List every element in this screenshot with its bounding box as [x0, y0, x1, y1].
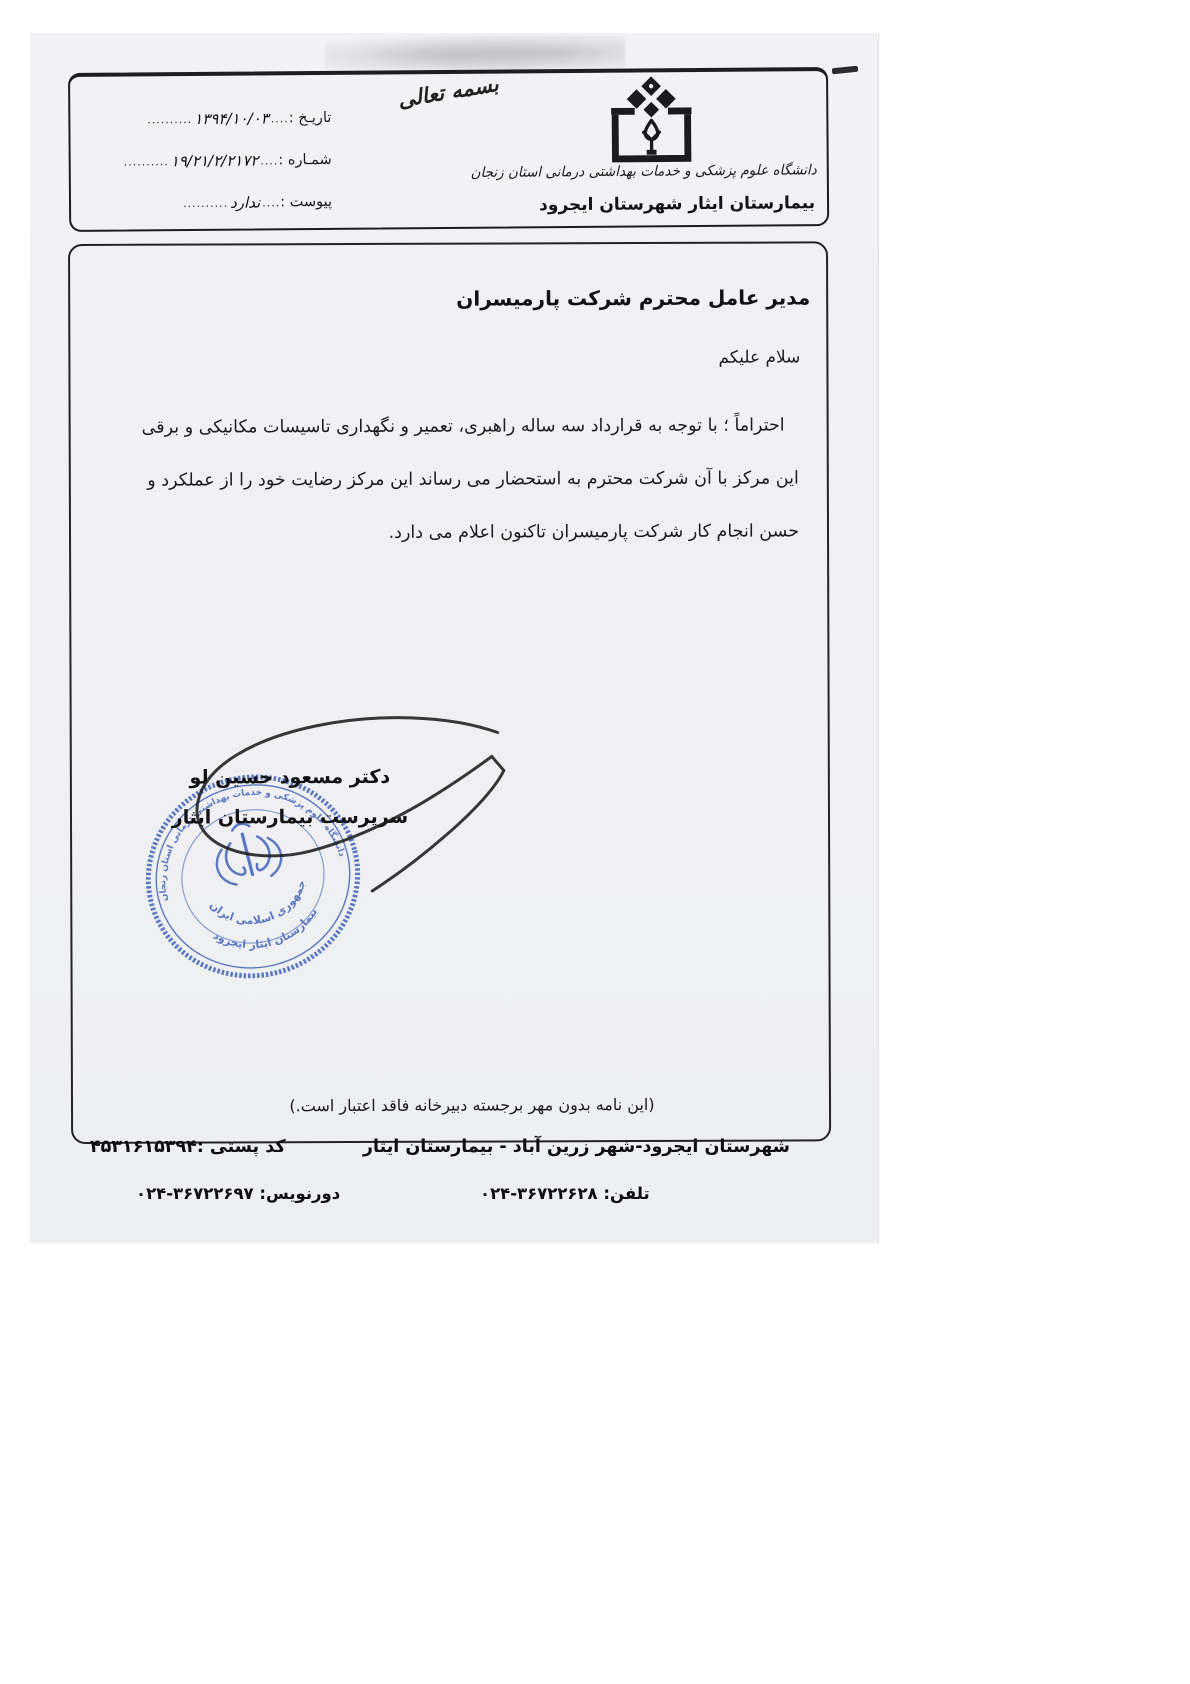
letter-body-box: مدیر عامل محترم شرکت پارمیسران سلام علیک…	[68, 241, 831, 1144]
hospital-name: بیمارستان ایثار شهرستان ایجرود	[575, 193, 815, 215]
handwritten-signature	[158, 710, 531, 903]
number-value: ۱۹/۲۱/۲/۲۱۷۲	[171, 152, 259, 171]
scan-mark-artifact	[832, 66, 858, 75]
salutation-line: سلام علیکم	[718, 347, 800, 367]
date-label: تاریـخ :	[289, 110, 332, 126]
number-field: شمـاره : ۱۹/۲۱/۲/۲۱۷۲	[84, 145, 332, 177]
fax-number: ۰۲۴-۳۶۷۲۲۶۹۷	[136, 1184, 254, 1203]
postal-code: ۴۵۳۱۶۱۵۳۹۴	[90, 1137, 197, 1157]
footer-address: شهرستان ایجرود-شهر زرین آباد - بیمارستان…	[363, 1137, 790, 1157]
footer-fax: دورنویس: ۰۲۴-۳۶۷۲۲۶۹۷	[136, 1184, 340, 1203]
dotted-leader	[124, 155, 169, 168]
footer-postal: کد پستی :۴۵۳۱۶۱۵۳۹۴	[90, 1137, 286, 1157]
attachment-value: ندارد	[230, 193, 260, 211]
university-name-calligraphy: دانشگاه علوم پزشکی و خدمات بهداشتی درمان…	[559, 162, 817, 181]
dotted-leader	[147, 113, 192, 126]
dotted-leader	[271, 112, 289, 125]
footer-phone: تلفن: ۰۲۴-۳۶۷۲۲۶۲۸	[480, 1184, 650, 1203]
body-line-1: احتراماً ؛ با توجه به قرارداد سه ساله را…	[99, 399, 799, 454]
body-line-2: این مرکز با آن شرکت محترم به استحضار می …	[99, 452, 799, 507]
postal-label: کد پستی :	[197, 1137, 286, 1157]
letterhead-fields: تاریـخ : ۱۳۹۴/۱۰/۰۳ شمـاره : ۱۹/۲۱/۲/۲۱۷…	[83, 103, 332, 231]
validity-note: (این نامه بدون مهر برجسته دبیرخانه فاقد …	[277, 1095, 667, 1115]
date-value: ۱۳۹۴/۱۰/۰۳	[194, 109, 269, 128]
attachment-label: پیوست :	[280, 194, 332, 210]
number-label: شمـاره :	[278, 152, 331, 168]
university-logo-icon	[604, 75, 699, 166]
scanned-letter-page: { "letterhead": { "bismillah": "بسمه تعا…	[0, 0, 1190, 1684]
phone-number: ۰۲۴-۳۶۷۲۲۶۲۸	[480, 1184, 598, 1203]
letterhead-box: بسمه تعالی	[68, 67, 829, 232]
addressee-line: مدیر عامل محترم شرکت پارمیسران	[456, 285, 810, 310]
fax-label: دورنویس:	[259, 1184, 340, 1203]
date-field: تاریـخ : ۱۳۹۴/۱۰/۰۳	[83, 103, 331, 135]
dotted-leader	[183, 196, 228, 209]
dotted-leader	[262, 196, 280, 209]
scanned-paper: بسمه تعالی	[30, 33, 879, 1243]
attachment-field: پیوست : ندارد	[84, 187, 332, 219]
phone-label: تلفن:	[603, 1184, 649, 1203]
letter-body: احتراماً ؛ با توجه به قرارداد سه ساله را…	[99, 399, 800, 560]
dotted-leader	[260, 154, 278, 167]
body-line-3: حسن انجام کار شرکت پارمیسران تاکنون اعلا…	[99, 505, 799, 560]
bismillah-calligraphy: بسمه تعالی	[387, 70, 509, 113]
